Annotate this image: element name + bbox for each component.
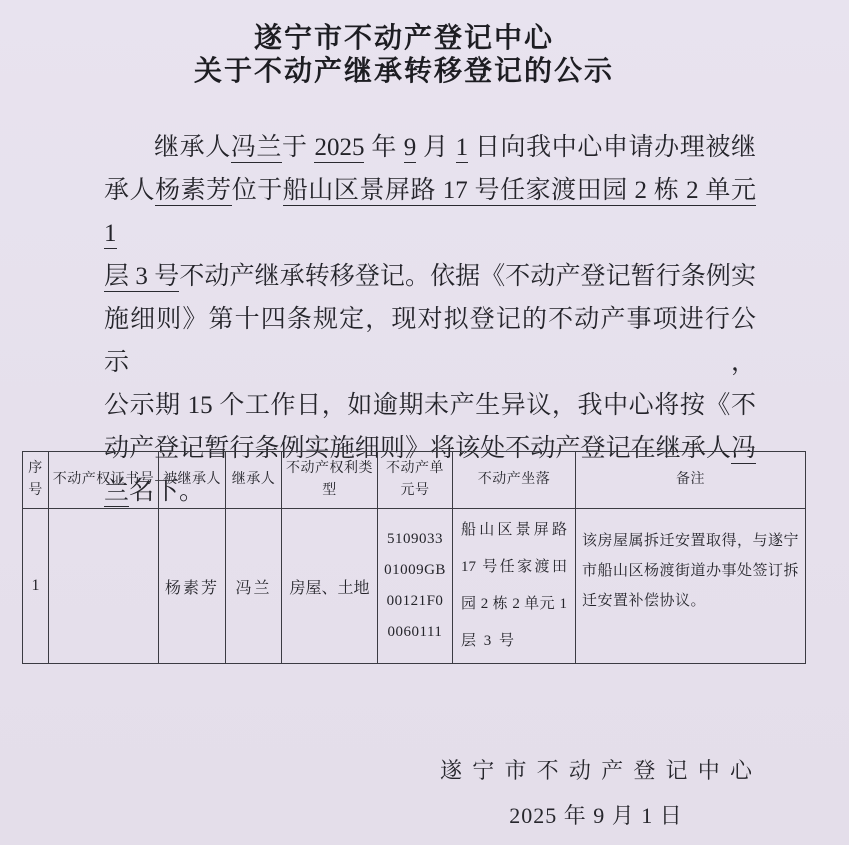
- para-line-5: 公示期 15 个工作日，如逾期未产生异议，我中心将按《不: [104, 384, 756, 427]
- table-header-row: 序号 不动产权证书号 被继承人 继承人 不动产权利类型 不动产单元号 不动产坐落…: [23, 452, 806, 509]
- col-header-cert-no: 不动产权证书号: [49, 452, 159, 509]
- footer-organization: 遂宁市不动产登记中心: [440, 756, 752, 786]
- underlined-month: 9: [404, 134, 417, 163]
- underlined-year: 2025: [314, 134, 364, 163]
- unit-no-line-3: 00121F0: [378, 586, 452, 617]
- unit-no-line-2: 01009GB: [378, 555, 452, 586]
- col-header-seq: 序号: [23, 452, 49, 509]
- unit-no-line-1: 5109033: [378, 524, 452, 555]
- unit-no-line-4: 0060111: [378, 617, 452, 648]
- remark-text: 该房屋属拆迁安置取得，与遂宁市船山区杨渡街道办事处签订拆迁安置补偿协议。: [582, 526, 799, 616]
- col-header-right-type: 不动产权利类型: [282, 452, 378, 509]
- para-line-4: 施细则》第十四条规定，现对拟登记的不动产事项进行公示，: [104, 298, 756, 384]
- cell-right-type: 房屋、土地: [282, 509, 378, 664]
- location-line-2: 17 号任家渡田: [461, 549, 567, 586]
- col-header-heir: 继承人: [226, 452, 282, 509]
- title-line-1: 遂宁市不动产登记中心: [0, 21, 808, 54]
- underlined-day: 1: [456, 134, 469, 163]
- col-header-unit-no: 不动产单元号: [378, 452, 453, 509]
- cell-cert-no: [49, 509, 159, 664]
- location-line-3: 园 2 栋 2 单元 1: [461, 586, 567, 623]
- cell-remark: 该房屋属拆迁安置取得，与遂宁市船山区杨渡街道办事处签订拆迁安置补偿协议。: [576, 509, 806, 664]
- para-line-3: 层 3 号不动产继承转移登记。依据《不动产登记暂行条例实: [104, 255, 756, 298]
- col-header-remark: 备注: [576, 452, 806, 509]
- location-line-1: 船山区景屏路: [461, 512, 567, 549]
- cell-heir: 冯兰: [226, 509, 282, 664]
- cell-unit-no: 5109033 01009GB 00121F0 0060111: [378, 509, 453, 664]
- para-line-1: 继承人冯兰于 2025 年 9 月 1 日向我中心申请办理被继: [104, 126, 756, 169]
- cell-decedent: 杨素芳: [159, 509, 226, 664]
- title-line-2: 关于不动产继承转移登记的公示: [0, 54, 808, 87]
- table-row: 1 杨素芳 冯兰 房屋、土地 5109033 01009GB 00121F0 0…: [23, 509, 806, 664]
- cell-seq: 1: [23, 509, 49, 664]
- document-title: 遂宁市不动产登记中心 关于不动产继承转移登记的公示: [0, 21, 808, 87]
- para-line-2: 承人杨素芳位于船山区景屏路 17 号任家渡田园 2 栋 2 单元 1: [104, 169, 756, 255]
- col-header-decedent: 被继承人: [159, 452, 226, 509]
- registration-table: 序号 不动产权证书号 被继承人 继承人 不动产权利类型 不动产单元号 不动产坐落…: [22, 451, 806, 664]
- footer-date: 2025 年 9 月 1 日: [440, 801, 752, 831]
- col-header-location: 不动产坐落: [453, 452, 576, 509]
- cell-location: 船山区景屏路 17 号任家渡田 园 2 栋 2 单元 1 层 3 号: [453, 509, 576, 664]
- scanned-notice-page: { "doc": { "title_line1": "遂宁市不动产登记中心", …: [0, 0, 849, 845]
- location-line-4: 层 3 号: [461, 623, 567, 660]
- underlined-address-part-2: 层 3 号: [104, 263, 179, 292]
- underlined-heir-name: 冯兰: [231, 134, 282, 163]
- underlined-decedent-name: 杨素芳: [155, 177, 232, 206]
